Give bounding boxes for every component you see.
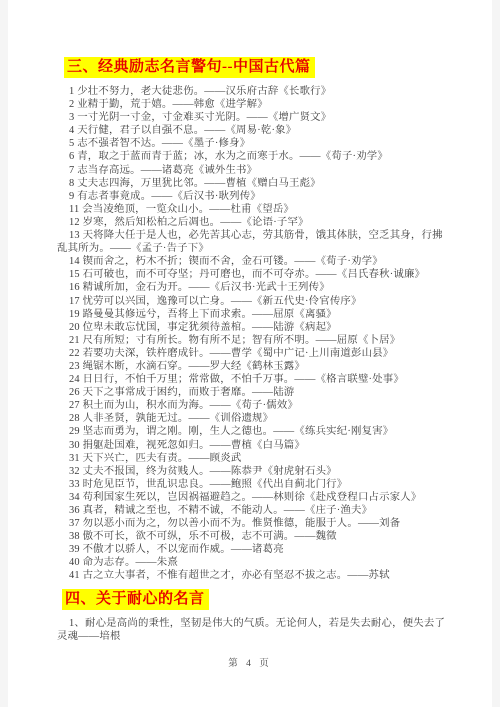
quote-item: 23 绳锯木断，水滴石穿。——罗大经《鹤林玉露》 bbox=[57, 360, 448, 373]
quote-item: 11 会当凌绝顶，一览众山小。——杜甫《望岳》 bbox=[57, 203, 448, 216]
quote-list: 1 少壮不努力，老大徒悲伤。——汉乐府古辞《长歌行》 2 业精于勤，荒于嬉。——… bbox=[57, 85, 448, 583]
quote-item: 32 丈夫不报国，终为贫贱人。——陈恭尹《射虎射石头》 bbox=[57, 465, 448, 478]
quote-item: 15 石可破也，而不可夺坚；丹可磨也，而不可夺赤。——《吕氏春秋·诚廉》 bbox=[57, 268, 448, 281]
quote-item: 21 尺有所短；寸有所长。物有所不足；智有所不明。——屈原《卜居》 bbox=[57, 334, 448, 347]
quote-item: 14 锲而舍之，朽木不折；锲而不舍，金石可镂。——《荀子·劝学》 bbox=[57, 255, 448, 268]
quote-item: 36 真者，精诚之至也，不精不诚，不能动人。——《庄子·渔夫》 bbox=[57, 504, 448, 517]
quote-item: 30 捐躯赴国难，视死忽如归。——曹植《白马篇》 bbox=[57, 439, 448, 452]
quote-item: 28 人非圣贤，孰能无过。——《训俗遗规》 bbox=[57, 412, 448, 425]
page-number: 第 4 页 bbox=[0, 655, 500, 669]
quote-item: 38 傲不可长，欲不可纵，乐不可极，志不可满。——魏徵 bbox=[57, 530, 448, 543]
quote-item: 7 志当存高远。——诸葛亮《诫外生书》 bbox=[57, 164, 448, 177]
section-heading-row-classic: 三、经典励志名言警句--中国古代篇 bbox=[0, 0, 500, 78]
quote-item: 40 命为志存。——朱熹 bbox=[57, 556, 448, 569]
quote-item: 37 勿以恶小而为之，勿以善小而不为。惟贤惟德，能服于人。——刘备 bbox=[57, 517, 448, 530]
quote-item: 39 不傲才以骄人，不以宠而作威。——诸葛亮 bbox=[57, 543, 448, 556]
quote-item: 29 坚志而勇为，谓之刚。刚，生人之德也。——《练兵实纪·刚复害》 bbox=[57, 425, 448, 438]
section-heading-row-patience: 四、关于耐心的名言 bbox=[0, 583, 500, 610]
quote-item: 19 路曼曼其修远兮，吾将上下而求索。——屈原《离骚》 bbox=[57, 308, 448, 321]
patience-quote: 1、耐心是高尚的秉性，坚韧是伟大的气质。无论何人，若是失去耐心，便失去了灵魂——… bbox=[57, 617, 448, 643]
quote-item: 34 苟利国家生死以，岂因祸福避趋之。——林则徐《赴戍登程口占示家人》 bbox=[57, 491, 448, 504]
quote-item: 33 时危见臣节，世乱识忠良。——鲍照《代出自蓟北门行》 bbox=[57, 478, 448, 491]
quote-item: 17 忧劳可以兴国，逸豫可以亡身。——《新五代史·伶官传序》 bbox=[57, 295, 448, 308]
page-edge-right bbox=[492, 0, 500, 707]
quote-item: 6 青，取之于蓝而青于蓝；冰，水为之而寒于水。——《荀子·劝学》 bbox=[57, 150, 448, 163]
quote-item: 3 一寸光阴一寸金，寸金难买寸光阴。——《增广贤文》 bbox=[57, 111, 448, 124]
section-heading-classic: 三、经典励志名言警句--中国古代篇 bbox=[64, 57, 315, 78]
section-heading-patience: 四、关于耐心的名言 bbox=[62, 589, 209, 610]
quote-item: 12 岁寒，然后知松柏之后凋也。——《论语·子罕》 bbox=[57, 216, 448, 229]
quote-item: 4 天行健，君子以自强不息。——《周易·乾·象》 bbox=[57, 124, 448, 137]
quote-item: 16 精诚所加，金石为开。——《后汉书·光武十王列传》 bbox=[57, 281, 448, 294]
quote-item: 24 日日行，不怕千万里；常常做，不怕千万事。——《格言联璧·处事》 bbox=[57, 373, 448, 386]
quote-item: 31 天下兴亡，匹夫有责。——顾炎武 bbox=[57, 452, 448, 465]
quote-item: 13 天将降大任于是人也，必先苦其心志，劳其筋骨，饿其体肤，空乏其身，行拂乱其所… bbox=[57, 229, 448, 255]
quote-item: 27 积土而为山，积水而为海。——《荀子·儒效》 bbox=[57, 399, 448, 412]
quote-item: 5 志不强者智不达。——《墨子·修身》 bbox=[57, 137, 448, 150]
quote-item: 41 古之立大事者，不惟有超世之才，亦必有坚忍不拔之志。——苏轼 bbox=[57, 569, 448, 582]
quote-item: 20 位卑未敢忘忧国，事定犹须待盖棺。——陆游《病起》 bbox=[57, 321, 448, 334]
quote-item: 8 丈夫志四海，万里犹比邻。——曹植《赠白马王彪》 bbox=[57, 177, 448, 190]
quote-item: 9 有志者事竟成。——《后汉书·耿列传》 bbox=[57, 190, 448, 203]
quote-item: 22 若要功夫深，铁杵磨成针。——曹学《蜀中广记·上川南道彭山县》 bbox=[57, 347, 448, 360]
page-edge-left bbox=[0, 0, 8, 707]
quote-item: 1 少壮不努力，老大徒悲伤。——汉乐府古辞《长歌行》 bbox=[57, 85, 448, 98]
quote-item: 2 业精于勤，荒于嬉。——韩愈《进学解》 bbox=[57, 98, 448, 111]
document-page: 三、经典励志名言警句--中国古代篇 1 少壮不努力，老大徒悲伤。——汉乐府古辞《… bbox=[0, 0, 500, 707]
quote-item: 26 天下之事常成于困约，而败于奢靡。——陆游 bbox=[57, 386, 448, 399]
